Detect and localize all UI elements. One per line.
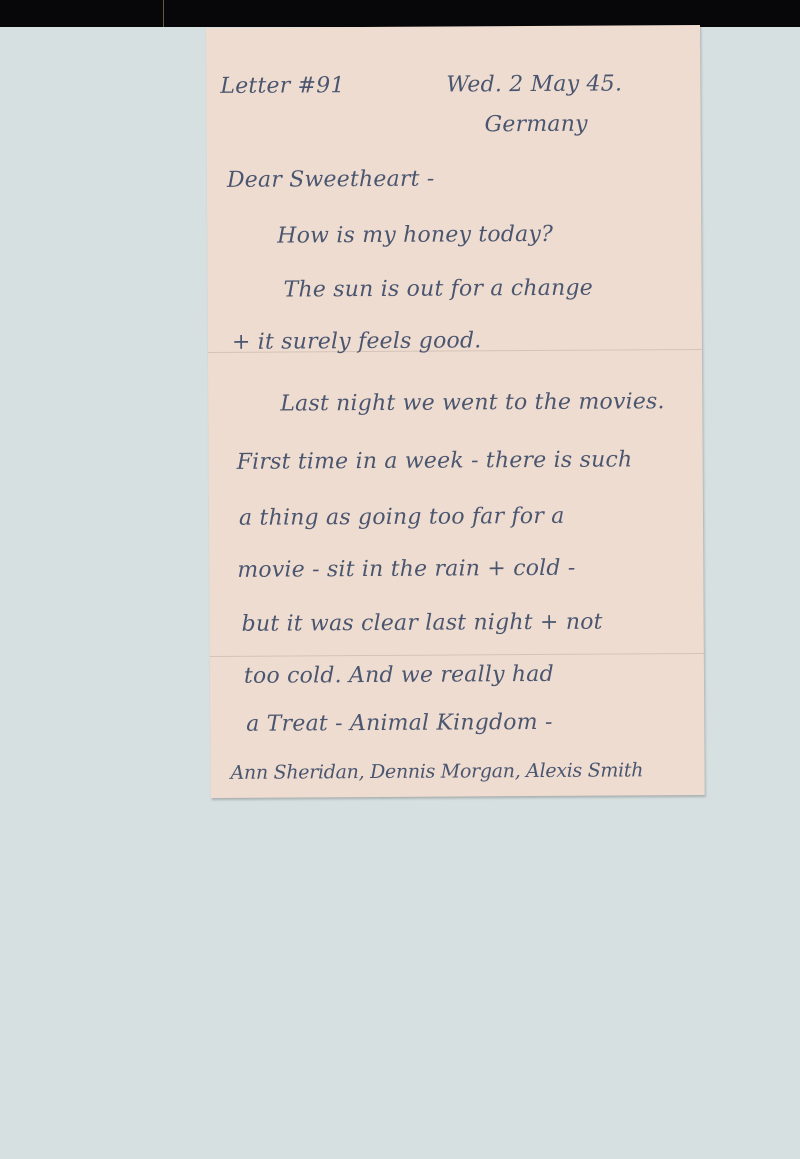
letter-line: too cold. And we really had — [244, 662, 554, 689]
letter-number: Letter #91 — [220, 73, 344, 99]
letter-line: The sun is out for a change — [284, 276, 593, 303]
letter-line: a thing as going too far for a — [239, 504, 565, 531]
letter-place: Germany — [485, 112, 588, 138]
scanner-lid-bar — [0, 0, 800, 27]
letter-line: movie - sit in the rain + cold - — [237, 556, 575, 583]
scanner-seam — [163, 0, 164, 27]
letter-date: Wed. 2 May 45. — [446, 71, 622, 97]
salutation: Dear Sweetheart - — [227, 167, 435, 193]
letter-line: but it was clear last night + not — [242, 610, 603, 637]
fold-line — [210, 653, 704, 657]
letter-line: a Treat - Animal Kingdom - — [246, 710, 552, 737]
letter-line: Last night we went to the movies. — [280, 389, 665, 416]
letter-page: Letter #91 Wed. 2 May 45. Germany Dear S… — [206, 25, 705, 798]
letter-line: First time in a week - there is such — [237, 447, 633, 474]
letter-line: + it surely feels good. — [232, 328, 482, 355]
letter-line: Ann Sheridan, Dennis Morgan, Alexis Smit… — [230, 759, 643, 784]
letter-line: How is my honey today? — [277, 222, 553, 249]
